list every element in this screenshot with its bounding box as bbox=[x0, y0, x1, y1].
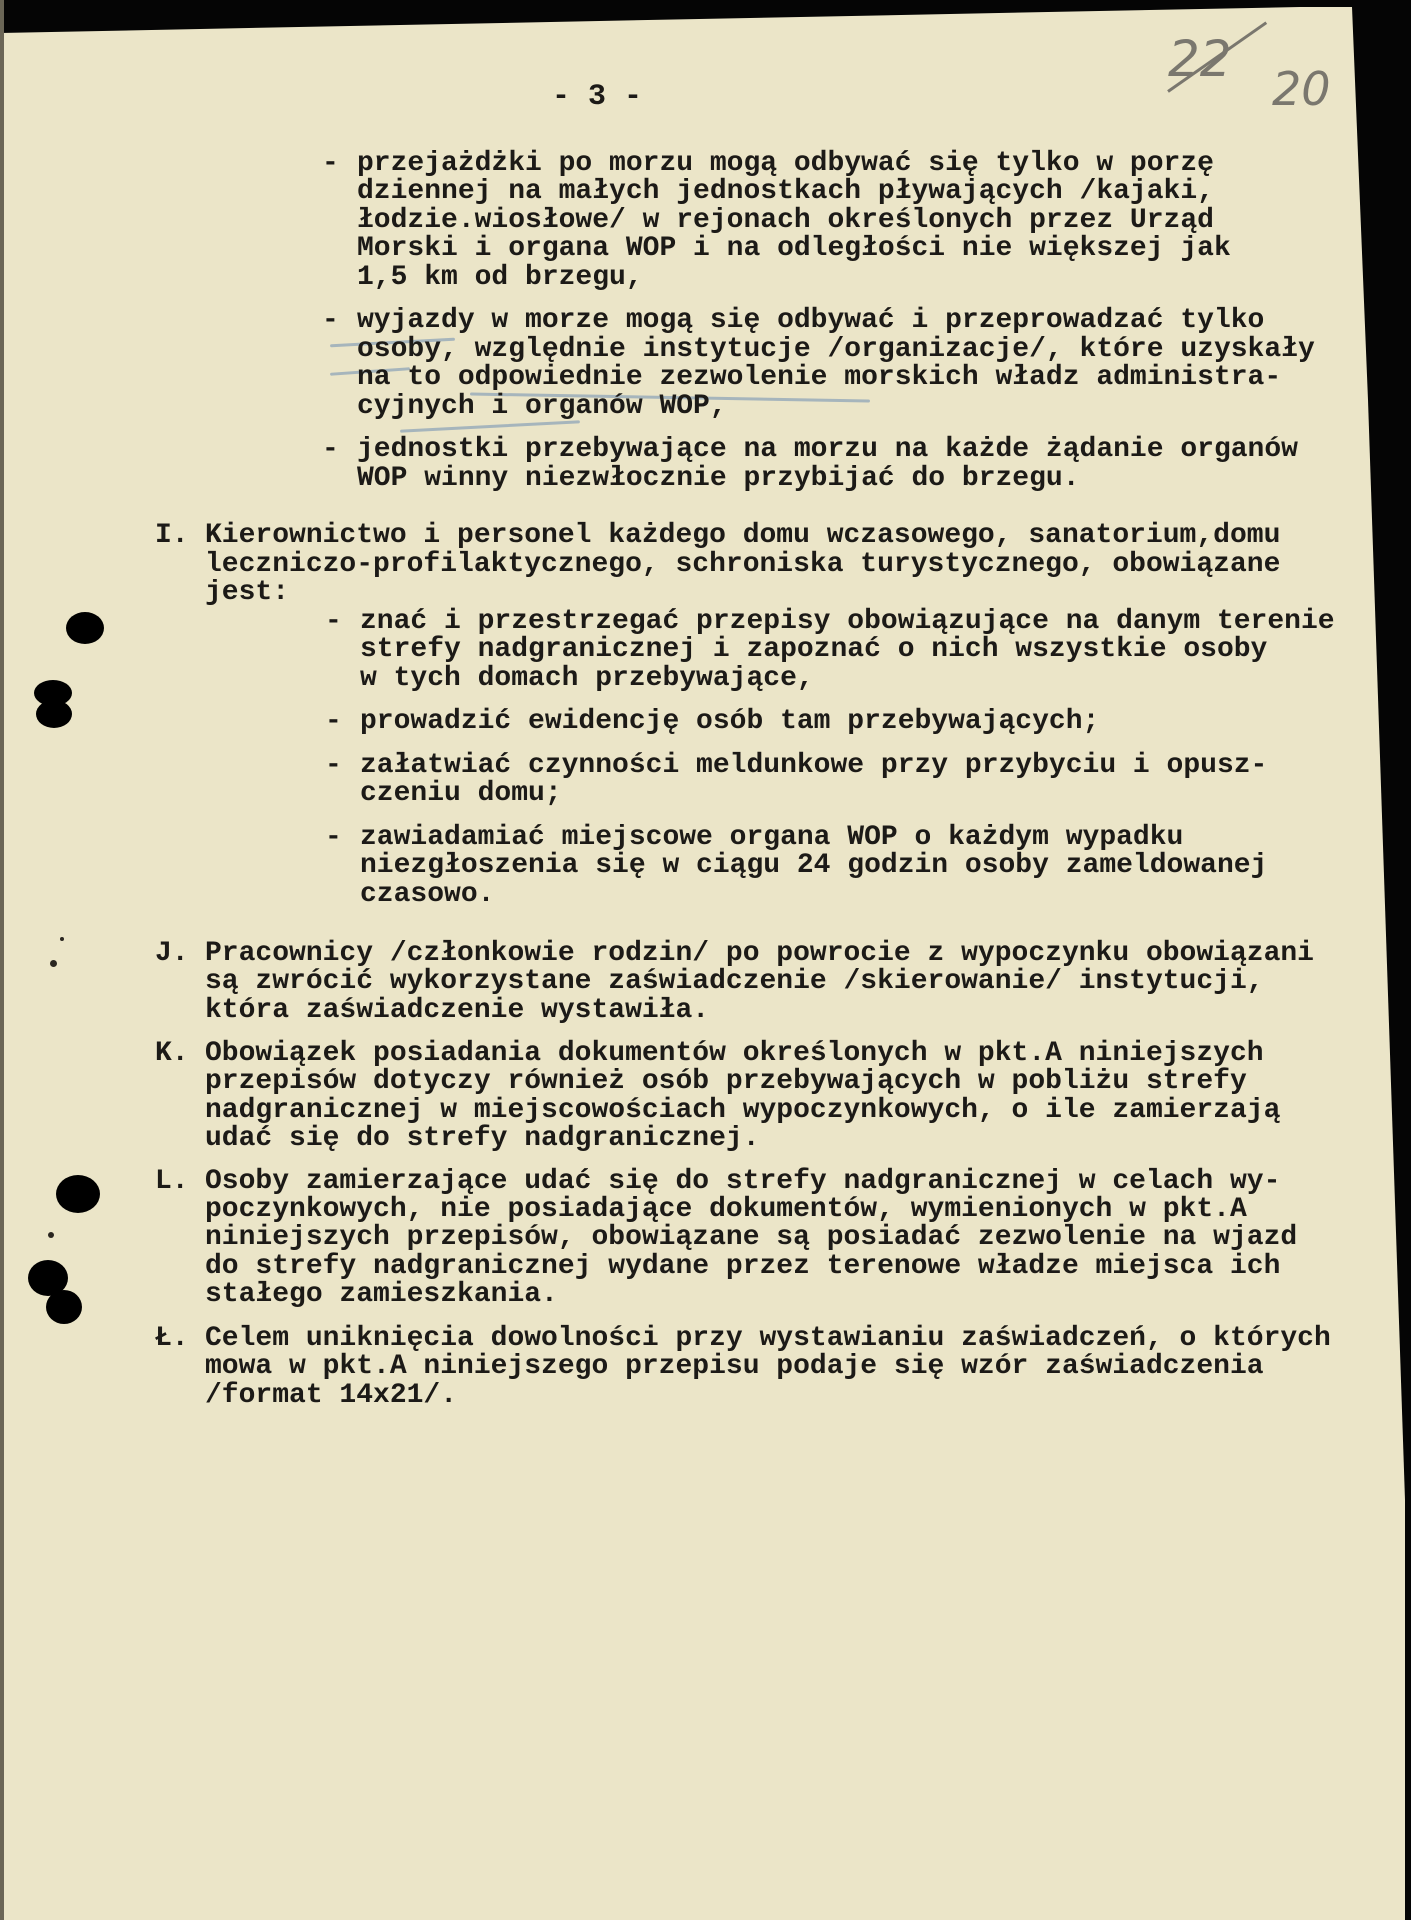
text-line: osoby, względnie instytucje /organizacje… bbox=[357, 336, 1315, 364]
bullet-dash: - bbox=[325, 824, 342, 852]
text-line: przepisów dotyczy również osób przebywaj… bbox=[205, 1068, 1247, 1096]
text-line: jednostki przebywające na morzu na każde… bbox=[357, 436, 1298, 464]
text-line: poczynkowych, nie posiadające dokumentów… bbox=[205, 1196, 1247, 1224]
section-letter: K. bbox=[155, 1040, 189, 1068]
punch-hole bbox=[46, 1290, 82, 1324]
section-letter: L. bbox=[155, 1168, 189, 1196]
section-letter: J. bbox=[155, 940, 189, 968]
text-line: WOP winny niezwłocznie przybijać do brze… bbox=[357, 465, 1080, 493]
text-line: czasowo. bbox=[360, 881, 494, 909]
text-line: leczniczo-profilaktycznego, schroniska t… bbox=[205, 551, 1280, 579]
ink-speck bbox=[50, 960, 57, 967]
text-line: dziennej na małych jednostkach pływający… bbox=[357, 178, 1214, 206]
section-letter: I. bbox=[155, 522, 189, 550]
text-line: niezgłoszenia się w ciągu 24 godzin osob… bbox=[360, 852, 1267, 880]
text-line: 1,5 km od brzegu, bbox=[357, 264, 643, 292]
bullet-dash: - bbox=[325, 752, 342, 780]
text-line: cyjnych i organów WOP, bbox=[357, 393, 727, 421]
text-line: Kierownictwo i personel każdego domu wcz… bbox=[205, 522, 1280, 550]
text-line: zawiadamiać miejscowe organa WOP o każdy… bbox=[360, 824, 1183, 852]
text-line: udać się do strefy nadgranicznej. bbox=[205, 1125, 760, 1153]
text-line: która zaświadczenie wystawiła. bbox=[205, 997, 709, 1025]
punch-hole bbox=[56, 1175, 100, 1213]
section-letter: Ł. bbox=[155, 1325, 189, 1353]
text-line: przejażdżki po morzu mogą odbywać się ty… bbox=[357, 150, 1214, 178]
punch-hole bbox=[66, 612, 104, 644]
text-line: znać i przestrzegać przepisy obowiązując… bbox=[360, 608, 1335, 636]
text-line: na to odpowiednie zezwolenie morskich wł… bbox=[357, 364, 1281, 392]
text-line: Obowiązek posiadania dokumentów określon… bbox=[205, 1040, 1264, 1068]
text-line: jest: bbox=[205, 579, 289, 607]
text-line: są zwrócić wykorzystane zaświadczenie /s… bbox=[205, 968, 1264, 996]
bullet-dash: - bbox=[325, 708, 342, 736]
folio-number-new: 20 bbox=[1272, 62, 1331, 116]
page-number: - 3 - bbox=[552, 80, 642, 114]
text-line: Morski i organa WOP i na odległości nie … bbox=[357, 235, 1231, 263]
text-line: niniejszych przepisów, obowiązane są pos… bbox=[205, 1224, 1297, 1252]
text-line: /format 14x21/. bbox=[205, 1382, 457, 1410]
text-line: prowadzić ewidencję osób tam przebywając… bbox=[360, 708, 1099, 736]
text-line: Pracownicy /członkowie rodzin/ po powroc… bbox=[205, 940, 1314, 968]
text-line: czeniu domu; bbox=[360, 780, 562, 808]
ink-speck bbox=[60, 937, 64, 941]
bullet-dash: - bbox=[322, 436, 339, 464]
page-left-edge bbox=[0, 0, 4, 1920]
text-line: wyjazdy w morze mogą się odbywać i przep… bbox=[357, 307, 1264, 335]
text-line: Osoby zamierzające udać się do strefy na… bbox=[205, 1168, 1280, 1196]
text-line: do strefy nadgranicznej wydane przez ter… bbox=[205, 1253, 1280, 1281]
text-line: załatwiać czynności meldunkowe przy przy… bbox=[360, 752, 1267, 780]
text-line: strefy nadgranicznej i zapoznać o nich w… bbox=[360, 636, 1267, 664]
text-line: w tych domach przebywające, bbox=[360, 665, 814, 693]
bullet-dash: - bbox=[322, 150, 339, 178]
text-line: nadgranicznej w miejscowościach wypoczyn… bbox=[205, 1097, 1280, 1125]
text-line: mowa w pkt.A niniejszego przepisu podaje… bbox=[205, 1353, 1264, 1381]
text-line: łodzie.wiosłowe/ w rejonach określonych … bbox=[357, 207, 1214, 235]
text-line: Celem uniknięcia dowolności przy wystawi… bbox=[205, 1325, 1331, 1353]
bullet-dash: - bbox=[322, 307, 339, 335]
punch-hole bbox=[36, 700, 72, 728]
ink-speck bbox=[48, 1232, 54, 1238]
bullet-dash: - bbox=[325, 608, 342, 636]
text-line: stałego zamieszkania. bbox=[205, 1281, 558, 1309]
folio-number-old: 22 bbox=[1168, 30, 1232, 88]
